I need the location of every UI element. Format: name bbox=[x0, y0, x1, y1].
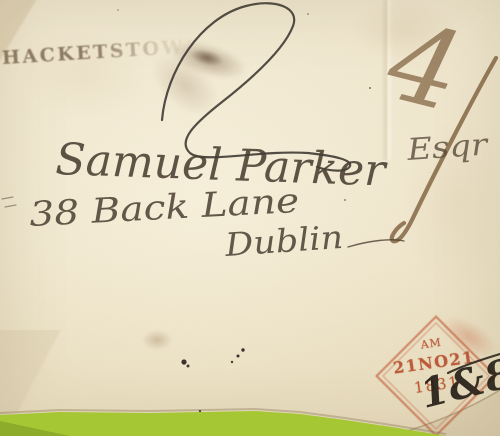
green-backing-layer bbox=[0, 0, 500, 436]
letter-cover-scan: HACKETSTOWN 4 Samuel Parker Esqr 38 Back… bbox=[0, 0, 500, 436]
